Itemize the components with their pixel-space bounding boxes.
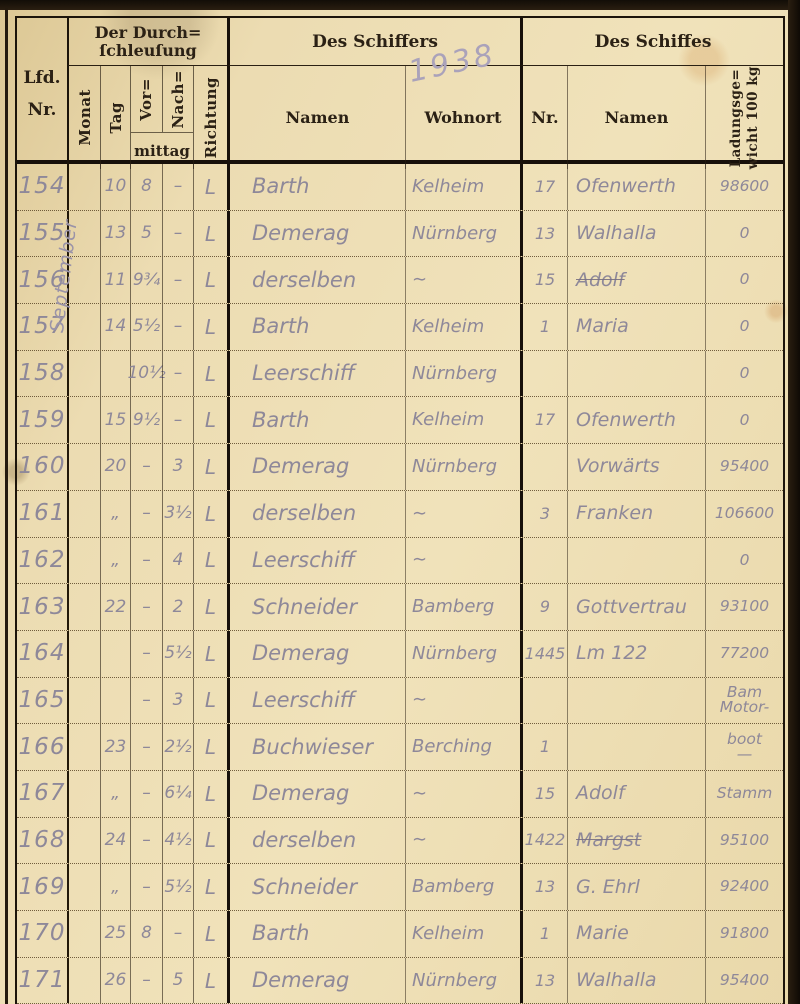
cell-vor: 5½	[130, 304, 162, 350]
cell-richtung: L	[193, 491, 227, 537]
cell-nach: 6¼	[162, 771, 193, 817]
cell-wohnort: Nürnberg	[405, 351, 520, 397]
cell-gewicht: 91800	[705, 911, 783, 957]
cell-schiff_nr	[520, 678, 567, 724]
cell-richtung: L	[193, 538, 227, 584]
cell-schiffer: Leerschiff	[227, 538, 405, 584]
cell-schiff_nr: 3	[520, 491, 567, 537]
cell-wohnort: Berching	[405, 724, 520, 770]
cell-richtung: L	[193, 818, 227, 864]
ladungsgewicht-label: Ladungsge=wicht 100 kg	[728, 66, 762, 169]
cell-vor: 9¾	[130, 257, 162, 303]
cell-monat	[67, 444, 100, 490]
cell-schiffer: Schneider	[227, 584, 405, 630]
cell-richtung: L	[193, 631, 227, 677]
cell-lfd: 165	[17, 678, 67, 724]
cell-monat	[67, 351, 100, 397]
cell-tag: „	[100, 864, 130, 910]
cell-richtung: L	[193, 304, 227, 350]
table-row: 164–5½LDemeragNürnberg1445Lm 12277200	[17, 631, 783, 678]
cell-monat	[67, 397, 100, 443]
durchschleusung-line2: ſchleuſung	[99, 42, 196, 60]
cell-schiffer: Barth	[227, 911, 405, 957]
cell-schiff_nr: 15	[520, 771, 567, 817]
cell-wohnort: Nürnberg	[405, 631, 520, 677]
cell-schiff_nr: 17	[520, 164, 567, 210]
cell-monat	[67, 771, 100, 817]
cell-vor: 8	[130, 911, 162, 957]
cell-tag: 13	[100, 211, 130, 257]
table-row: 16322–2LSchneiderBamberg9Gottvertrau9310…	[17, 584, 783, 631]
register-table: Lfd. Nr. Der Durch= ſchleuſung Monat Tag…	[15, 16, 785, 1004]
cell-schiffer: Leerschiff	[227, 351, 405, 397]
cell-monat	[67, 491, 100, 537]
cell-richtung: L	[193, 164, 227, 210]
cell-lfd: 168	[17, 818, 67, 864]
schiffes-label: Des Schiffes	[595, 32, 712, 52]
schiff-nr-label: Nr.	[531, 108, 558, 127]
cell-tag: 23	[100, 724, 130, 770]
cell-gewicht: 95400	[705, 444, 783, 490]
cell-wohnort: Nürnberg	[405, 958, 520, 1004]
cell-richtung: L	[193, 958, 227, 1004]
header-vormittag: Vor=	[131, 66, 162, 132]
cell-vor: –	[130, 864, 162, 910]
header-lfd-line2: Nr.	[28, 100, 57, 120]
cell-nach: 4	[162, 538, 193, 584]
cell-lfd: 164	[17, 631, 67, 677]
cell-schiff_nr: 13	[520, 958, 567, 1004]
cell-tag: 26	[100, 958, 130, 1004]
cell-nach: 5	[162, 958, 193, 1004]
cell-schiff: Lm 122	[567, 631, 705, 677]
cell-richtung: L	[193, 911, 227, 957]
cell-schiff: Franken	[567, 491, 705, 537]
page-top-edge	[0, 0, 800, 10]
cell-schiffer: Demerag	[227, 444, 405, 490]
cell-lfd: 171	[17, 958, 67, 1004]
cell-monat	[67, 304, 100, 350]
cell-nach: 2	[162, 584, 193, 630]
table-row: 156119¾–Lderselben∼15Adolf0	[17, 257, 783, 304]
header-schiff-nr: Nr.	[520, 66, 567, 169]
cell-gewicht: 0	[705, 351, 783, 397]
cell-wohnort: Bamberg	[405, 584, 520, 630]
mittag-label: mittag	[134, 142, 190, 160]
table-row: 159159½–LBarthKelheim17Ofenwerth0	[17, 397, 783, 444]
monat-label: Monat	[76, 89, 94, 146]
cell-schiff: Margst	[567, 818, 705, 864]
cell-schiff	[567, 351, 705, 397]
cell-gewicht: 95400	[705, 958, 783, 1004]
cell-nach: –	[162, 397, 193, 443]
cell-schiff_nr	[520, 351, 567, 397]
header-schiff-namen: Namen	[567, 66, 705, 169]
durchschleusung-line1: Der Durch=	[95, 24, 202, 42]
cell-lfd: 170	[17, 911, 67, 957]
cell-schiff_nr: 1	[520, 724, 567, 770]
cell-tag	[100, 351, 130, 397]
cell-schiffer: Demerag	[227, 958, 405, 1004]
cell-vor: –	[130, 538, 162, 584]
cell-monat	[67, 958, 100, 1004]
table-row: 154108–LBarthKelheim17Ofenwerth98600	[17, 164, 783, 211]
header-tag: Tag	[100, 66, 130, 169]
cell-vor: 10½	[130, 351, 162, 397]
cell-nach: –	[162, 911, 193, 957]
cell-wohnort: Kelheim	[405, 164, 520, 210]
cell-tag: 14	[100, 304, 130, 350]
cell-gewicht: 0	[705, 397, 783, 443]
scanned-register-page: { "colors": { "paper": "#ecdcb2", "frame…	[0, 0, 800, 1004]
cell-tag: „	[100, 771, 130, 817]
table-row: 16020–3LDemeragNürnbergVorwärts95400	[17, 444, 783, 491]
cell-wohnort: ∼	[405, 538, 520, 584]
cell-schiff_nr: 13	[520, 864, 567, 910]
cell-lfd: 163	[17, 584, 67, 630]
cell-wohnort: Kelheim	[405, 304, 520, 350]
cell-nach: –	[162, 351, 193, 397]
header-lfd-nr: Lfd. Nr.	[17, 18, 67, 169]
table-row: 162„–4LLeerschiff∼0	[17, 538, 783, 585]
cell-nach: –	[162, 211, 193, 257]
table-row: 16824–4½Lderselben∼1422Margst95100	[17, 818, 783, 865]
cell-richtung: L	[193, 724, 227, 770]
table-row: 161„–3½Lderselben∼3Franken106600	[17, 491, 783, 538]
cell-schiff: Marie	[567, 911, 705, 957]
cell-gewicht: 98600	[705, 164, 783, 210]
header-monat: Monat	[67, 66, 100, 169]
cell-nach: 5½	[162, 631, 193, 677]
cell-schiff_nr: 15	[520, 257, 567, 303]
page-left-edge	[5, 8, 8, 1004]
cell-nach: –	[162, 257, 193, 303]
cell-schiffer: derselben	[227, 491, 405, 537]
cell-richtung: L	[193, 444, 227, 490]
cell-lfd: 154	[17, 164, 67, 210]
wohnort-label: Wohnort	[424, 108, 501, 127]
cell-schiff_nr	[520, 538, 567, 584]
cell-wohnort: ∼	[405, 678, 520, 724]
cell-tag: 24	[100, 818, 130, 864]
cell-schiff_nr: 13	[520, 211, 567, 257]
cell-schiffer: derselben	[227, 257, 405, 303]
cell-wohnort: ∼	[405, 257, 520, 303]
cell-nach: –	[162, 164, 193, 210]
cell-vor: 9½	[130, 397, 162, 443]
cell-vor: –	[130, 584, 162, 630]
cell-lfd: 158	[17, 351, 67, 397]
ladung-line2: wicht 100 kg	[745, 66, 761, 169]
cell-vor: –	[130, 491, 162, 537]
cell-gewicht: 95100	[705, 818, 783, 864]
cell-schiff: Walhalla	[567, 211, 705, 257]
cell-richtung: L	[193, 211, 227, 257]
richtung-label: Richtung	[202, 77, 220, 158]
cell-gewicht: 0	[705, 257, 783, 303]
cell-monat	[67, 864, 100, 910]
cell-gewicht: 106600	[705, 491, 783, 537]
cell-nach: 5½	[162, 864, 193, 910]
cell-vor: –	[130, 678, 162, 724]
table-header: Lfd. Nr. Der Durch= ſchleuſung Monat Tag…	[17, 18, 783, 164]
cell-schiff_nr: 1	[520, 911, 567, 957]
cell-tag: 20	[100, 444, 130, 490]
cell-monat	[67, 818, 100, 864]
table-row: 17126–5LDemeragNürnberg13Walhalla95400	[17, 958, 783, 1004]
cell-schiff	[567, 724, 705, 770]
header-ladungsgewicht: Ladungsge=wicht 100 kg	[705, 66, 783, 169]
cell-vor: –	[130, 818, 162, 864]
cell-richtung: L	[193, 864, 227, 910]
schiffers-label: Des Schiffers	[312, 32, 438, 52]
cell-schiff_nr: 1422	[520, 818, 567, 864]
cell-monat	[67, 724, 100, 770]
header-group-durchschleusung: Der Durch= ſchleuſung	[67, 18, 227, 66]
header-nachmittag: Nach=	[162, 66, 194, 132]
cell-schiff: Vorwärts	[567, 444, 705, 490]
vor-label: Vor=	[137, 78, 155, 121]
cell-wohnort: ∼	[405, 771, 520, 817]
cell-schiff: G. Ehrl	[567, 864, 705, 910]
cell-wohnort: Nürnberg	[405, 444, 520, 490]
cell-monat	[67, 584, 100, 630]
schiff-namen-label: Namen	[605, 108, 669, 127]
cell-schiff_nr: 1	[520, 304, 567, 350]
cell-schiffer: Barth	[227, 164, 405, 210]
cell-schiff	[567, 678, 705, 724]
cell-lfd: 161	[17, 491, 67, 537]
cell-tag: 25	[100, 911, 130, 957]
table-body: 154108–LBarthKelheim17Ofenwerth986001551…	[17, 164, 783, 1004]
cell-richtung: L	[193, 678, 227, 724]
cell-richtung: L	[193, 257, 227, 303]
table-row: 167„–6¼LDemerag∼15AdolfStamm	[17, 771, 783, 818]
schiffer-namen-label: Namen	[286, 108, 350, 127]
cell-nach: 3	[162, 678, 193, 724]
table-row: 170258–LBarthKelheim1Marie91800	[17, 911, 783, 958]
cell-nach: 3½	[162, 491, 193, 537]
header-schiffer-namen: Namen	[227, 66, 405, 169]
cell-schiff	[567, 538, 705, 584]
cell-lfd: 159	[17, 397, 67, 443]
cell-schiff: Gottvertrau	[567, 584, 705, 630]
cell-gewicht: 77200	[705, 631, 783, 677]
cell-tag: „	[100, 491, 130, 537]
table-row: 169„–5½LSchneiderBamberg13G. Ehrl92400	[17, 864, 783, 911]
cell-vor: –	[130, 724, 162, 770]
cell-richtung: L	[193, 584, 227, 630]
header-vormittag-nachmittag: Vor= Nach= mittag	[130, 66, 193, 169]
cell-vor: –	[130, 958, 162, 1004]
cell-schiff_nr: 1445	[520, 631, 567, 677]
table-row: 155135–LDemeragNürnberg13Walhalla0	[17, 211, 783, 258]
cell-wohnort: Bamberg	[405, 864, 520, 910]
table-row: 15810½–LLeerschiffNürnberg0	[17, 351, 783, 398]
cell-vor: –	[130, 631, 162, 677]
cell-gewicht: 0	[705, 304, 783, 350]
cell-vor: –	[130, 444, 162, 490]
cell-vor: 5	[130, 211, 162, 257]
header-group-schiffes: Des Schiffes	[520, 18, 783, 66]
cell-gewicht: Stamm	[705, 771, 783, 817]
cell-schiffer: Schneider	[227, 864, 405, 910]
cell-monat	[67, 538, 100, 584]
cell-monat	[67, 631, 100, 677]
cell-lfd: 169	[17, 864, 67, 910]
cell-tag: 15	[100, 397, 130, 443]
cell-tag: „	[100, 538, 130, 584]
table-row: 157145½–LBarthKelheim1Maria0	[17, 304, 783, 351]
cell-nach: 2½	[162, 724, 193, 770]
cell-richtung: L	[193, 771, 227, 817]
cell-schiff: Ofenwerth	[567, 164, 705, 210]
cell-schiff: Maria	[567, 304, 705, 350]
cell-schiffer: Barth	[227, 397, 405, 443]
cell-nach: –	[162, 304, 193, 350]
cell-schiff: Adolf	[567, 257, 705, 303]
cell-wohnort: ∼	[405, 491, 520, 537]
cell-tag: 22	[100, 584, 130, 630]
cell-schiffer: Barth	[227, 304, 405, 350]
cell-nach: 3	[162, 444, 193, 490]
cell-gewicht: 92400	[705, 864, 783, 910]
cell-tag: 10	[100, 164, 130, 210]
cell-schiff_nr	[520, 444, 567, 490]
cell-lfd: 162	[17, 538, 67, 584]
cell-richtung: L	[193, 351, 227, 397]
header-richtung: Richtung	[193, 66, 227, 169]
cell-tag	[100, 678, 130, 724]
cell-vor: –	[130, 771, 162, 817]
cell-schiffer: Buchwieser	[227, 724, 405, 770]
cell-wohnort: ∼	[405, 818, 520, 864]
cell-lfd: 167	[17, 771, 67, 817]
cell-monat	[67, 911, 100, 957]
table-row: 16623–2½LBuchwieserBerching1boot —	[17, 724, 783, 771]
cell-gewicht: boot —	[705, 724, 783, 770]
tag-label: Tag	[107, 102, 125, 133]
cell-schiff: Ofenwerth	[567, 397, 705, 443]
cell-schiff: Adolf	[567, 771, 705, 817]
cell-tag: 11	[100, 257, 130, 303]
page-right-edge	[788, 0, 800, 1004]
table-row: 165–3LLeerschiff∼Bam Motor-	[17, 678, 783, 725]
cell-gewicht: 93100	[705, 584, 783, 630]
cell-schiffer: derselben	[227, 818, 405, 864]
cell-nach: 4½	[162, 818, 193, 864]
cell-schiffer: Demerag	[227, 771, 405, 817]
cell-gewicht: Bam Motor-	[705, 678, 783, 724]
cell-schiffer: Demerag	[227, 211, 405, 257]
cell-gewicht: 0	[705, 538, 783, 584]
ladung-line1: Ladungsge=	[728, 68, 744, 167]
cell-schiff_nr: 9	[520, 584, 567, 630]
cell-monat	[67, 678, 100, 724]
cell-lfd: 160	[17, 444, 67, 490]
cell-wohnort: Nürnberg	[405, 211, 520, 257]
cell-schiffer: Leerschiff	[227, 678, 405, 724]
cell-wohnort: Kelheim	[405, 911, 520, 957]
cell-lfd: 166	[17, 724, 67, 770]
header-lfd-line1: Lfd.	[23, 68, 60, 88]
cell-schiffer: Demerag	[227, 631, 405, 677]
cell-gewicht: 0	[705, 211, 783, 257]
cell-wohnort: Kelheim	[405, 397, 520, 443]
cell-schiff: Walhalla	[567, 958, 705, 1004]
cell-schiff_nr: 17	[520, 397, 567, 443]
cell-vor: 8	[130, 164, 162, 210]
vor-nach-row: Vor= Nach=	[131, 66, 193, 132]
cell-tag	[100, 631, 130, 677]
nach-label: Nach=	[169, 70, 187, 129]
cell-richtung: L	[193, 397, 227, 443]
